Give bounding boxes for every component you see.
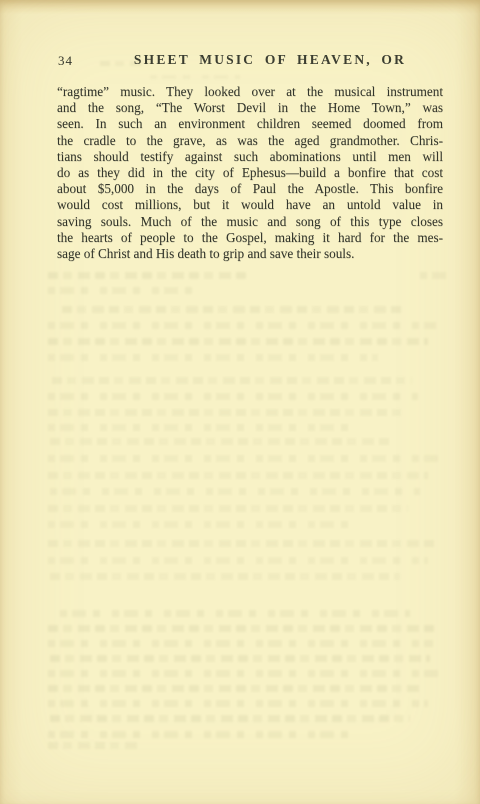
bleed-through-mark [48, 557, 428, 564]
bleed-through-mark [48, 505, 408, 512]
bleed-through-mark [420, 272, 448, 279]
bleed-through-mark [48, 700, 428, 707]
bleed-through-mark [48, 742, 138, 749]
page: 34 SHEET MUSIC OF HEAVEN, OR “ragtime” m… [0, 0, 480, 804]
bleed-through-mark [62, 306, 402, 313]
running-header: SHEET MUSIC OF HEAVEN, OR [118, 52, 422, 68]
bleed-through-mark [50, 573, 400, 580]
bleed-through-mark [60, 610, 410, 617]
bleed-through-mark [48, 287, 198, 294]
bleed-through-mark [48, 670, 438, 677]
bleed-through-mark [50, 488, 420, 495]
paragraph-line: tians should testify against such abomin… [57, 149, 443, 165]
bleed-through-mark [48, 393, 418, 400]
bleed-through-mark [48, 731, 348, 738]
bleed-through-mark [48, 540, 438, 547]
bleed-through-mark [50, 438, 390, 445]
paragraph-line: the hearts of people to the Gospel, maki… [57, 230, 443, 246]
paragraph-line: about $5,000 in the days of Paul the Apo… [57, 181, 443, 197]
bleed-through-mark [48, 424, 348, 431]
paragraph-line: “ragtime” music. They looked over at the… [57, 84, 443, 100]
bleed-through-mark [52, 377, 412, 384]
bleed-through-mark [48, 409, 403, 416]
bleed-through-mark [50, 655, 430, 662]
paragraph-line: and the song, “The Worst Devil in the Ho… [57, 100, 443, 116]
bleed-through-mark [48, 272, 248, 279]
bleed-through-mark [48, 338, 428, 345]
bleed-through-mark [48, 685, 423, 692]
paragraph-line: do as they did in the city of Ephesus—bu… [57, 165, 443, 181]
paragraph-line: sage of Christ and His death to grip and… [57, 246, 443, 262]
book-page-scan: { "document": { "page_number": "34", "ru… [0, 0, 480, 804]
paragraph-line: seen. In such an environment children se… [57, 116, 443, 132]
bleed-through-mark [50, 715, 410, 722]
bleed-through-mark [48, 322, 436, 329]
paragraph-line: the cradle to the grave, as was the aged… [57, 133, 443, 149]
paragraph-line: saving souls. Much of the music and song… [57, 214, 443, 230]
paragraph-line: would cost millions, but it would have a… [57, 197, 443, 213]
bleed-through-mark [48, 521, 348, 528]
bleed-through-mark [48, 640, 433, 647]
bleed-through-mark [150, 75, 240, 79]
paragraph: “ragtime” music. They looked over at the… [57, 84, 443, 262]
page-number: 34 [58, 53, 73, 69]
bleed-through-mark [48, 625, 438, 632]
bleed-through-mark [48, 354, 378, 361]
bleed-through-mark [48, 472, 428, 479]
bleed-through-mark [48, 455, 438, 462]
